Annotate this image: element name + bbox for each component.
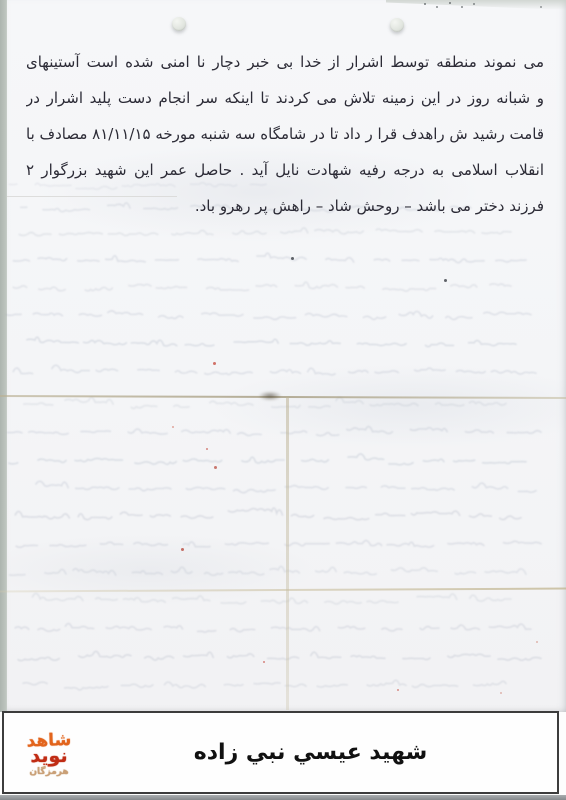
paragraph-line: و شبانه روز در این زمینه تلاش می کردند ت… [26,80,544,116]
typed-paragraph: می نموند منطقه توسط اشرار از خدا بی خبر … [26,44,544,224]
paragraph-line: فرزند دختر می باشد – روحش شاد – راهش پر … [26,188,544,224]
scanner-bottom-strip [0,795,566,800]
scanned-letter: می نموند منطقه توسط اشرار از خدا بی خبر … [0,0,566,800]
punch-hole-left [172,17,186,31]
paragraph-line: قامت رشید ش راهدف قرا ر داد تا در شامگاه… [26,116,544,152]
paper-top-edge-shadow [386,0,566,10]
caption-title: شهيد عيسي نبي زاده [4,713,557,792]
paragraph-line: می نموند منطقه توسط اشرار از خدا بی خبر … [26,44,544,80]
punch-hole-right [390,18,404,32]
paragraph-line: انقلاب اسلامی به درجه رفیه شهادت نایل آی… [26,152,544,188]
caption-bar: شاهد نوید هرمزگان شهيد عيسي نبي زاده [2,711,559,794]
